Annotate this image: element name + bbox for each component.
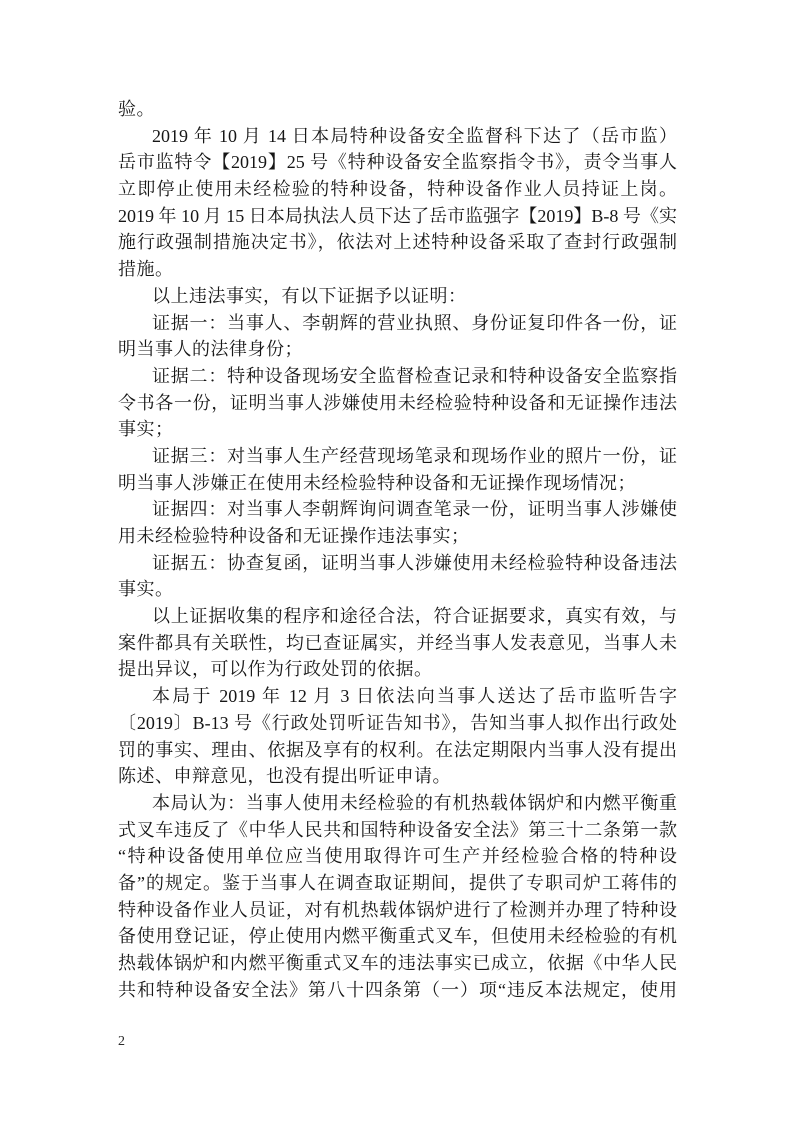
text-line: 事实。 xyxy=(118,576,677,603)
text-line: 立即停止使用未经检验的特种设备，特种设备作业人员持证上岗。 xyxy=(118,176,677,203)
text-line: 证据二：特种设备现场安全监督检查记录和特种设备安全监察指 xyxy=(118,363,677,390)
page-number: 2 xyxy=(118,1032,125,1052)
text-line: 罚的事实、理由、依据及享有的权利。在法定期限内当事人没有提出 xyxy=(118,737,677,764)
text-line: 证据三：对当事人生产经营现场笔录和现场作业的照片一份，证 xyxy=(118,443,677,470)
text-line: 2019 年 10 月 15 日本局执法人员下达了岳市监强字【2019】B-8 … xyxy=(118,203,677,230)
text-line: 施行政强制措施决定书》，依法对上述特种设备采取了查封行政强制 xyxy=(118,229,677,256)
text-line: 措施。 xyxy=(118,256,677,283)
text-line: 岳市监特令【2019】25 号《特种设备安全监察指令书》，责令当事人 xyxy=(118,149,677,176)
text-line: 证据四：对当事人李朝辉询问调查笔录一份，证明当事人涉嫌使 xyxy=(118,496,677,523)
text-line: 明当事人的法律身份； xyxy=(118,336,677,363)
text-line: 特种设备作业人员证，对有机热载体锅炉进行了检测并办理了特种设 xyxy=(118,897,677,924)
document-page: 验。2019 年 10 月 14 日本局特种设备安全监督科下达了（岳市监）岳市监… xyxy=(0,0,793,1122)
document-body: 验。2019 年 10 月 14 日本局特种设备安全监督科下达了（岳市监）岳市监… xyxy=(118,96,677,1003)
text-line: 案件都具有关联性，均已查证属实，并经当事人发表意见，当事人未 xyxy=(118,630,677,657)
text-line: 式叉车违反了《中华人民共和国特种设备安全法》第三十二条第一款 xyxy=(118,817,677,844)
text-line: 以上违法事实，有以下证据予以证明： xyxy=(118,283,677,310)
text-line: 验。 xyxy=(118,96,677,123)
text-line: 用未经检验特种设备和无证操作违法事实； xyxy=(118,523,677,550)
text-line: 以上证据收集的程序和途径合法，符合证据要求，真实有效，与 xyxy=(118,603,677,630)
text-line: 备”的规定。鉴于当事人在调查取证期间，提供了专职司炉工蒋伟的 xyxy=(118,870,677,897)
text-line: 〔2019〕B-13 号《行政处罚听证告知书》，告知当事人拟作出行政处 xyxy=(118,710,677,737)
text-line: 2019 年 10 月 14 日本局特种设备安全监督科下达了（岳市监） xyxy=(118,123,677,150)
text-line: 本局认为：当事人使用未经检验的有机热载体锅炉和内燃平衡重 xyxy=(118,790,677,817)
text-line: 提出异议，可以作为行政处罚的依据。 xyxy=(118,656,677,683)
text-line: 陈述、申辩意见，也没有提出听证申请。 xyxy=(118,763,677,790)
text-line: 令书各一份，证明当事人涉嫌使用未经检验特种设备和无证操作违法 xyxy=(118,390,677,417)
text-line: 备使用登记证，停止使用内燃平衡重式叉车，但使用未经检验的有机 xyxy=(118,923,677,950)
text-line: 证据五：协查复函，证明当事人涉嫌使用未经检验特种设备违法 xyxy=(118,550,677,577)
text-line: 事实； xyxy=(118,416,677,443)
text-line: 证据一：当事人、李朝辉的营业执照、身份证复印件各一份，证 xyxy=(118,310,677,337)
text-line: 热载体锅炉和内燃平衡重式叉车的违法事实已成立，依据《中华人民 xyxy=(118,950,677,977)
text-line: 本局于 2019 年 12 月 3 日依法向当事人送达了岳市监听告字 xyxy=(118,683,677,710)
text-line: “特种设备使用单位应当使用取得许可生产并经检验合格的特种设 xyxy=(118,843,677,870)
text-line: 共和特种设备安全法》第八十四条第（一）项“违反本法规定，使用 xyxy=(118,977,677,1004)
text-line: 明当事人涉嫌正在使用未经检验特种设备和无证操作现场情况； xyxy=(118,470,677,497)
